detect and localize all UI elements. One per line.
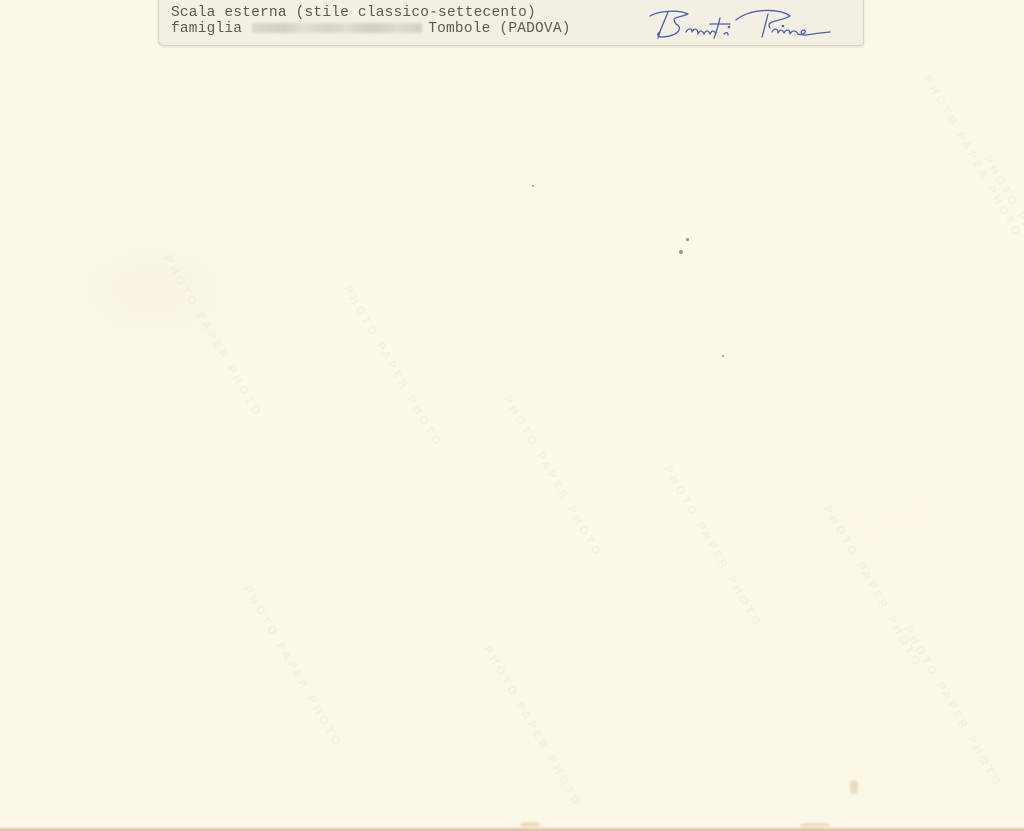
watermark-text: PHOTO PAPER PHOTO <box>501 393 605 560</box>
dust-speck <box>722 355 724 357</box>
label-family-prefix: famiglia <box>171 21 242 37</box>
watermark-text: PHOTO PAPER PHOTO <box>241 583 345 750</box>
dust-speck <box>532 185 534 187</box>
paper-bottom-edge <box>0 827 1024 831</box>
dust-speck <box>686 238 689 241</box>
dust-speck <box>679 250 683 254</box>
label-line-family: famigliaTombole (PADOVA) <box>171 21 571 37</box>
watermark-text: PHOTO PAPER PHOTO <box>981 153 1024 320</box>
label-location: Tombole (PADOVA) <box>428 21 570 37</box>
label-line-title: Scala esterna (stile classico-settecento… <box>171 5 536 21</box>
watermark-text: PHOTO PAPER PHOTO <box>921 73 1024 240</box>
watermark-text: PHOTO PAPER PHOTO <box>821 503 925 670</box>
watermark-text: PHOTO PAPER PHOTO <box>161 253 265 420</box>
redacted-name <box>252 23 422 33</box>
handwritten-signature <box>640 4 850 44</box>
watermark-text: PHOTO PAPER PHOTO <box>901 623 1005 790</box>
stain-mark <box>850 780 858 794</box>
watermark-text: PHOTO PAPER PHOTO <box>341 283 445 450</box>
watermark-text: PHOTO PAPER PHOTO <box>661 463 765 630</box>
photo-back-paper: PHOTO PAPER PHOTO PHOTO PAPER PHOTO PHOT… <box>0 0 1024 831</box>
watermark-text: PHOTO PAPER PHOTO <box>481 643 585 810</box>
